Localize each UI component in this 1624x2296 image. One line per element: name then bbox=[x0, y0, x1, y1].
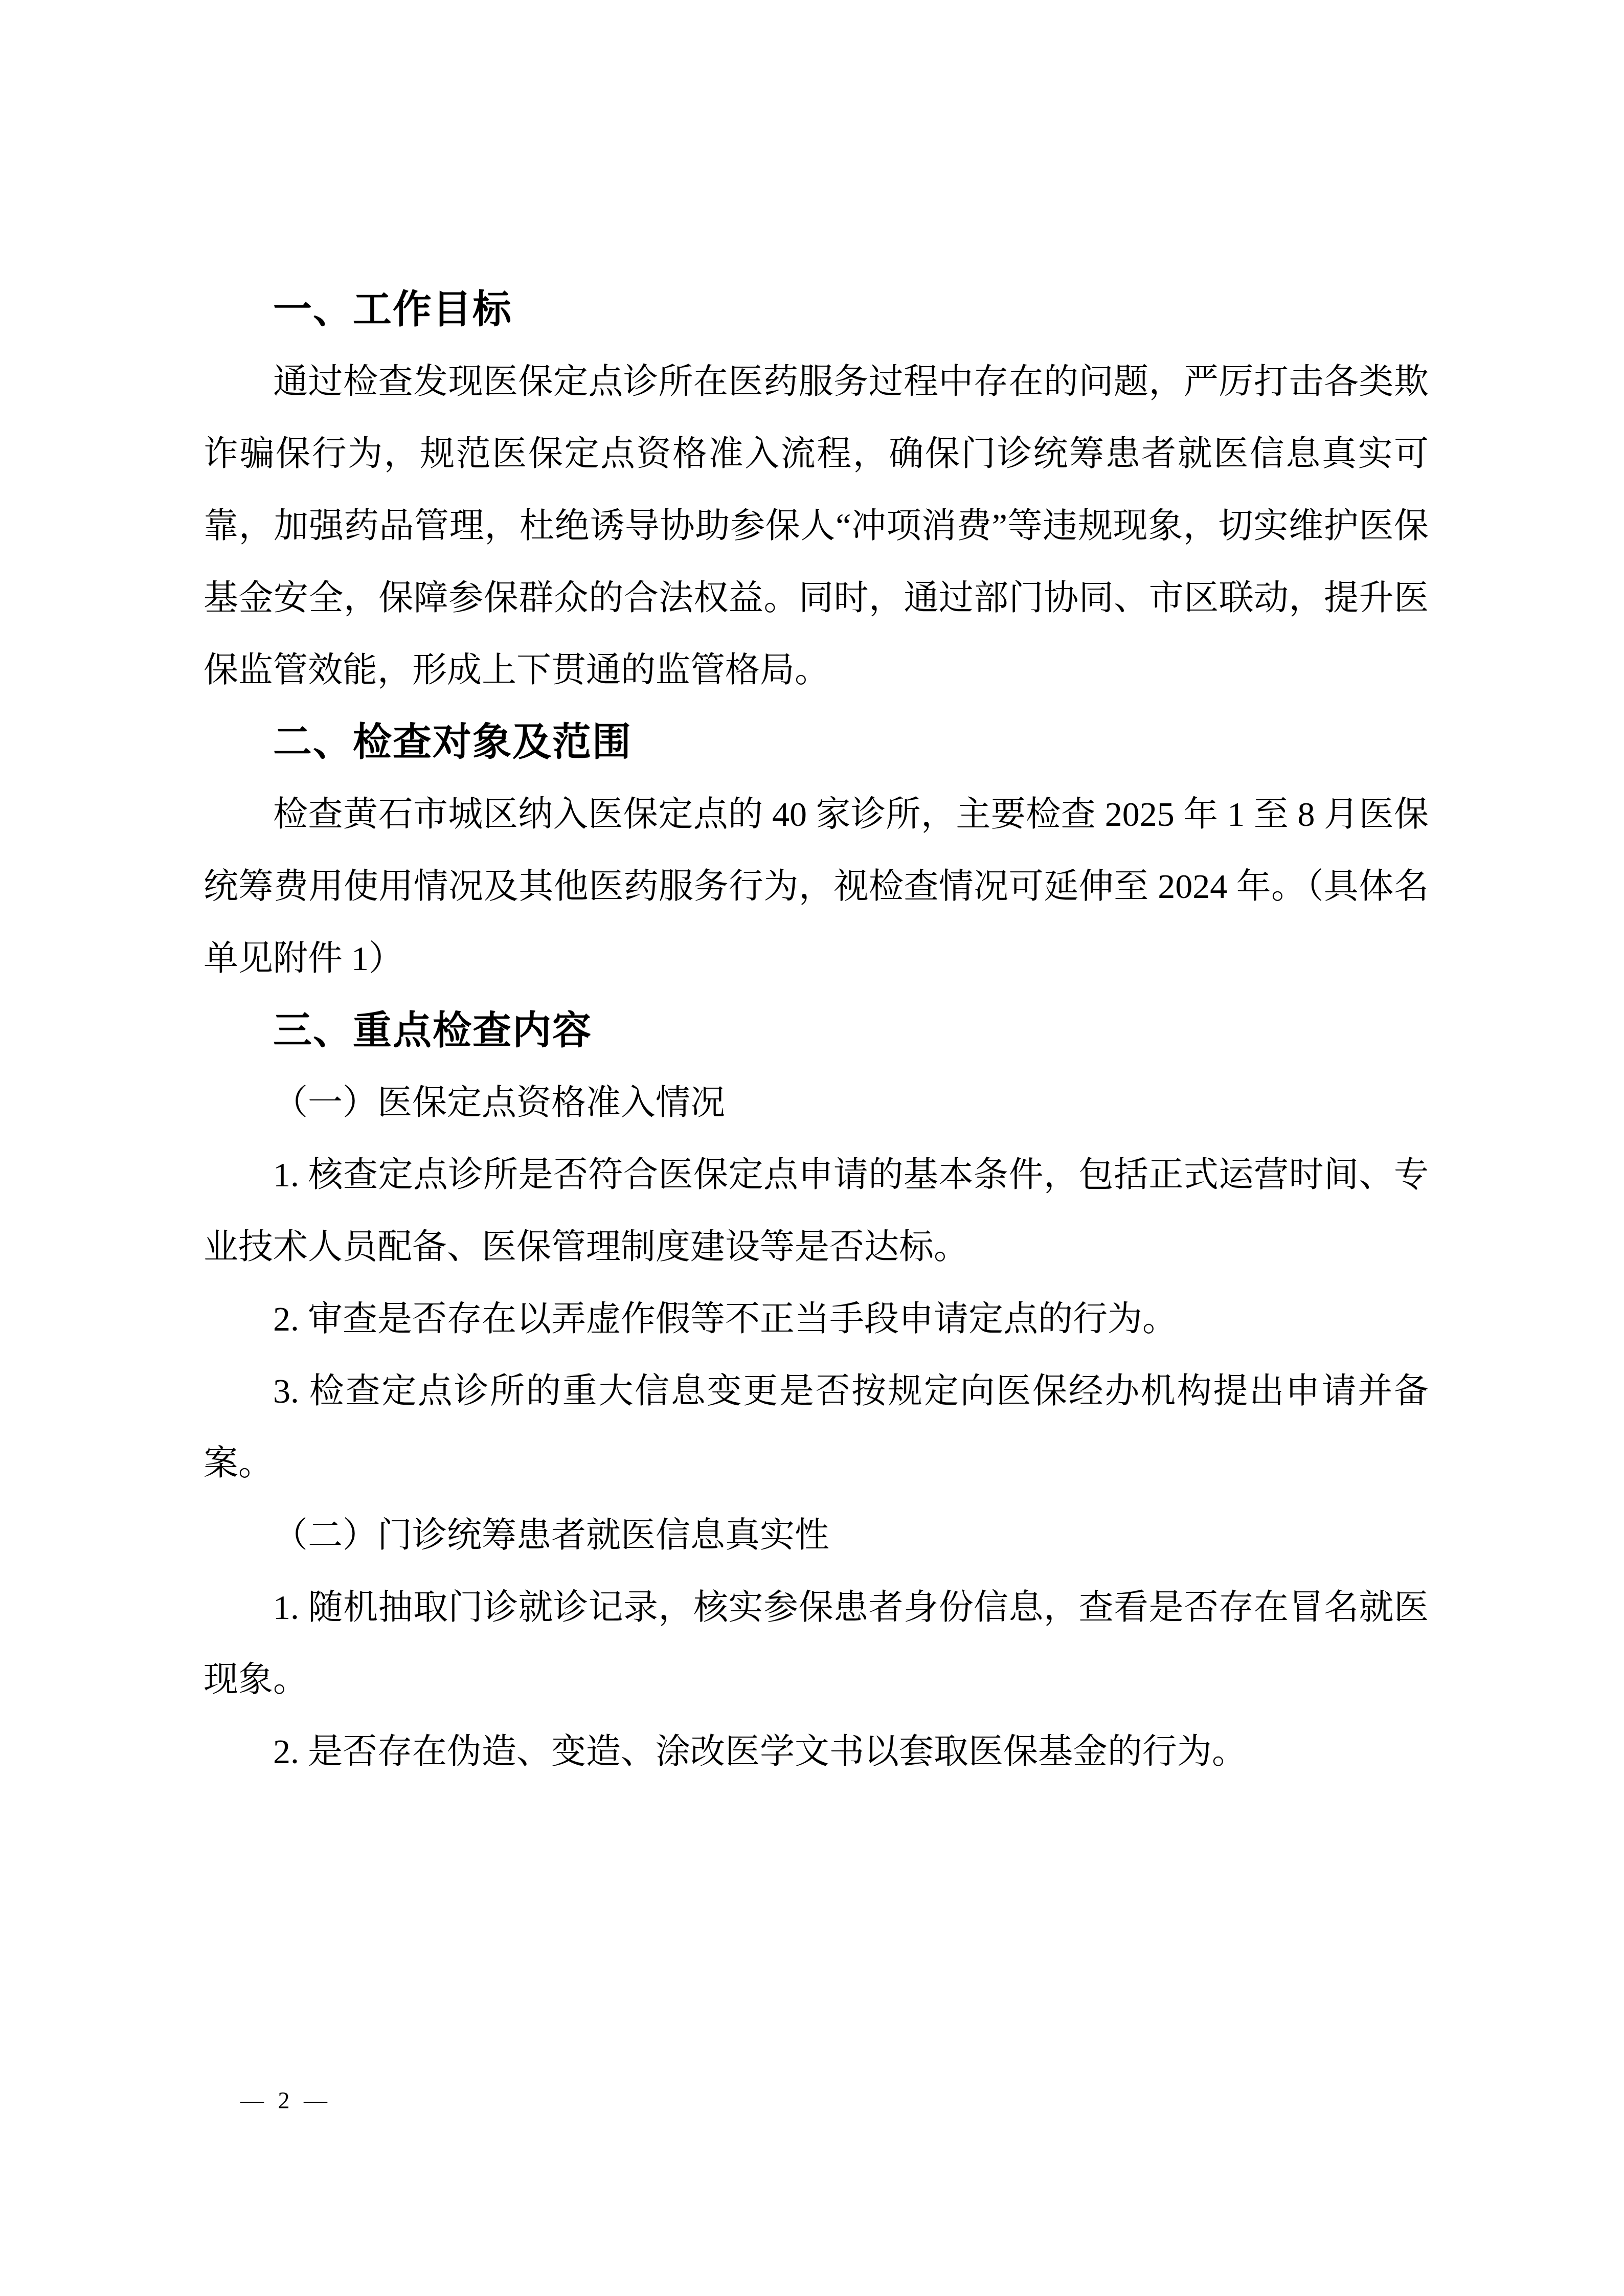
subheading-designated-qualification: （一）医保定点资格准入情况 bbox=[204, 1067, 1429, 1139]
paragraph-work-goals: 通过检查发现医保定点诊所在医药服务过程中存在的问题，严厉打击各类欺诈骗保行为，规… bbox=[204, 346, 1429, 706]
paragraph-qualification-item-3: 3. 检查定点诊所的重大信息变更是否按规定向医保经办机构提出申请并备案。 bbox=[204, 1355, 1429, 1499]
heading-key-inspection-contents: 三、重点检查内容 bbox=[204, 995, 1429, 1067]
paragraph-authenticity-item-1: 1. 随机抽取门诊就诊记录，核实参保患者身份信息，查看是否存在冒名就医现象。 bbox=[204, 1571, 1429, 1716]
paragraph-qualification-item-2: 2. 审查是否存在以弄虚作假等不正当手段申请定点的行为。 bbox=[204, 1283, 1429, 1355]
heading-work-goals: 一、工作目标 bbox=[204, 274, 1429, 346]
heading-inspection-targets-scope: 二、检查对象及范围 bbox=[204, 706, 1429, 778]
page-number: — 2 — bbox=[240, 2085, 327, 2116]
subheading-outpatient-info-authenticity: （二）门诊统筹患者就医信息真实性 bbox=[204, 1499, 1429, 1571]
document-body: 一、工作目标 通过检查发现医保定点诊所在医药服务过程中存在的问题，严厉打击各类欺… bbox=[204, 274, 1429, 1788]
document-page: 一、工作目标 通过检查发现医保定点诊所在医药服务过程中存在的问题，严厉打击各类欺… bbox=[0, 0, 1624, 2296]
paragraph-qualification-item-1: 1. 核查定点诊所是否符合医保定点申请的基本条件，包括正式运营时间、专业技术人员… bbox=[204, 1139, 1429, 1283]
paragraph-inspection-targets-scope: 检查黄石市城区纳入医保定点的 40 家诊所，主要检查 2025 年 1 至 8 … bbox=[204, 778, 1429, 995]
paragraph-authenticity-item-2: 2. 是否存在伪造、变造、涂改医学文书以套取医保基金的行为。 bbox=[204, 1716, 1429, 1788]
